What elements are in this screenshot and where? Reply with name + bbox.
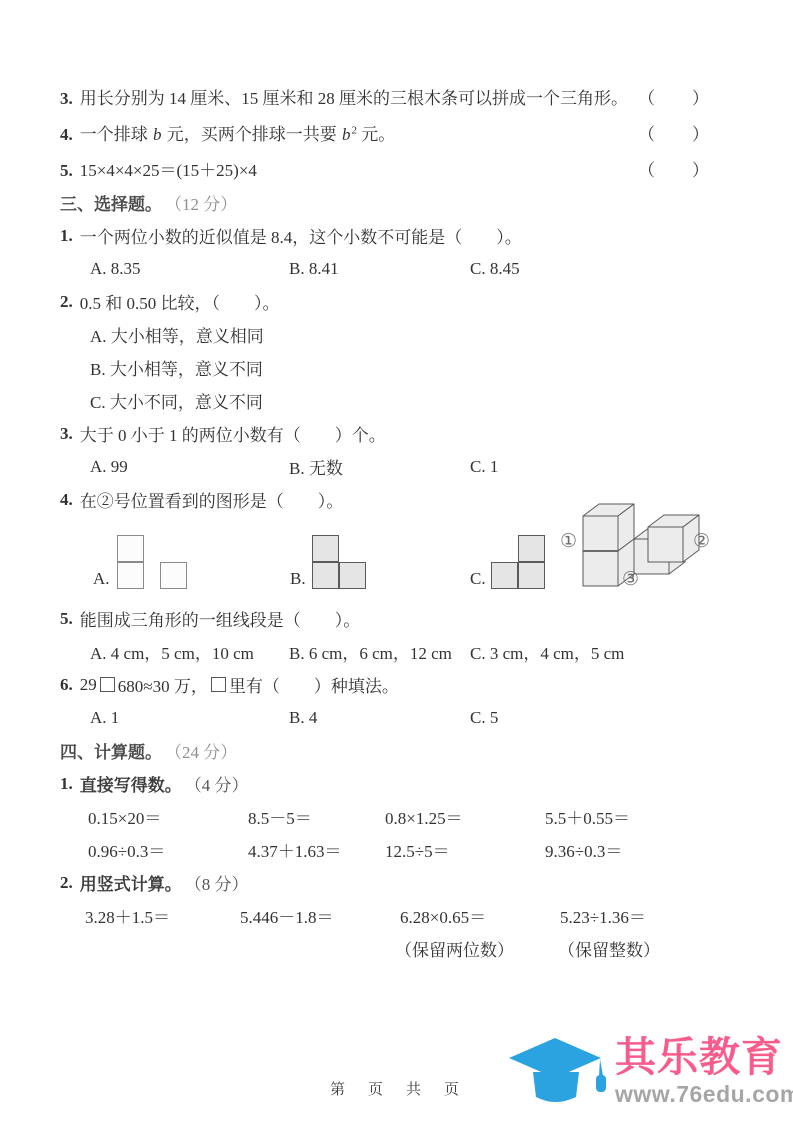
direct-calc-row-2: 0.96÷0.3＝ 4.37＋1.63＝ 12.5÷5＝ 9.36÷0.3＝ (60, 833, 710, 866)
option-b-square (312, 535, 339, 562)
math-variable: b (341, 125, 352, 144)
question-text: 0.5 和 0.50 比较，（ ）。 (80, 289, 280, 314)
choice-question-2-option-c: C. 大小不同，意义不同 (60, 384, 710, 417)
rounding-note: （保留两位数） (395, 936, 558, 961)
judge-question-4-text: 4.一个排球 b 元，买两个排球一共要 b2 元。 (60, 120, 395, 145)
math-variable: b (152, 125, 163, 144)
equation: 0.8×1.25＝ (385, 804, 545, 829)
question-number: 4. (60, 490, 73, 510)
option-b: B. 无数 (289, 454, 470, 479)
position-label-3: ③ (622, 568, 639, 590)
equation: 5.5＋0.55＝ (545, 804, 710, 829)
question-text: 大于 0 小于 1 的两位小数有（ ）个。 (80, 421, 386, 446)
option-a: A. 8.35 (90, 259, 289, 279)
equation: 6.28×0.65＝ (400, 903, 560, 928)
question-number: 4. (60, 125, 73, 144)
judge-question-3: 3.用长分别为 14 厘米、15 厘米和 28 厘米的三根木条可以拼成一个三角形… (60, 78, 710, 114)
question-number: 2. (60, 292, 73, 312)
choice-question-5: 5.能围成三角形的一组线段是（ ）。 (60, 602, 710, 635)
equation: 3.28＋1.5＝ (85, 903, 240, 928)
option-c: C. 1 (470, 457, 710, 477)
vertical-calc-row: 3.28＋1.5＝ 5.446－1.8＝ 6.28×0.65＝ 5.23÷1.3… (60, 899, 710, 932)
option-c: C. 3 cm，4 cm，5 cm (470, 639, 710, 664)
option-c-square (491, 562, 518, 589)
cube-front-face (583, 516, 618, 551)
option-a: A. 4 cm，5 cm，10 cm (90, 639, 289, 664)
option-b-square (312, 562, 339, 589)
equation: 4.37＋1.63＝ (248, 837, 385, 862)
judge-question-4: 4.一个排球 b 元，买两个排球一共要 b2 元。 （ ） (60, 114, 710, 150)
option-c-square (518, 535, 545, 562)
choice-question-3: 3.大于 0 小于 1 的两位小数有（ ）个。 (60, 417, 710, 450)
position-label-1: ① (560, 530, 577, 552)
choice-question-6: 6.29680≈30 万，里有（ ）种填法。 (60, 668, 710, 701)
option-b: B. 4 (289, 708, 470, 728)
section-score: （24 分） (165, 738, 237, 763)
graduation-cap-icon (503, 1030, 609, 1114)
option-a-square (117, 535, 144, 562)
blank-box (100, 677, 115, 692)
calc-sub2-title: 2.用竖式计算。（8 分） (60, 866, 710, 899)
section-title: 四、计算题。 (60, 738, 162, 763)
figure-label-c: C. (470, 569, 486, 589)
cube-front-face (648, 527, 683, 562)
option-b: B. 6 cm，6 cm，12 cm (289, 639, 470, 664)
equation: 0.96÷0.3＝ (88, 837, 248, 862)
question-number: 3. (60, 424, 73, 444)
question-number: 5. (60, 609, 73, 629)
choice-question-2-option-a: A. 大小相等，意义相同 (60, 318, 710, 351)
question-number: 1. (60, 226, 73, 246)
choice-question-1: 1.一个两位小数的近似值是 8.4，这个小数不可能是（ ）。 (60, 219, 710, 252)
equation: 0.15×20＝ (88, 804, 248, 829)
blank-box (211, 677, 226, 692)
choice-question-2: 2.0.5 和 0.50 比较，（ ）。 (60, 285, 710, 318)
question-text: 能围成三角形的一组线段是（ ）。 (80, 606, 361, 631)
answer-bracket: （ ） (638, 120, 710, 145)
answer-bracket: （ ） (638, 156, 710, 181)
section-title: 三、选择题。 (60, 190, 162, 215)
vertical-calc-notes: （保留两位数） （保留整数） (60, 932, 710, 965)
choice-question-5-options: A. 4 cm，5 cm，10 cm B. 6 cm，6 cm，12 cm C.… (60, 635, 710, 668)
equation: 5.446－1.8＝ (240, 903, 400, 928)
judge-question-3-text: 3.用长分别为 14 厘米、15 厘米和 28 厘米的三根木条可以拼成一个三角形… (60, 84, 628, 109)
calc-sub1-title: 1.直接写得数。（4 分） (60, 767, 710, 800)
choice-question-4-figures: A. B. C. (60, 516, 710, 602)
section-score: （12 分） (165, 190, 237, 215)
equation: 8.5－5＝ (248, 804, 385, 829)
choice-question-3-options: A. 99 B. 无数 C. 1 (60, 450, 710, 483)
equation: 12.5÷5＝ (385, 837, 545, 862)
cube-front-face (583, 551, 618, 586)
question-text: 在②号位置看到的图形是（ ）。 (80, 487, 344, 512)
option-a: A. 1 (90, 708, 289, 728)
worksheet-page: 3.用长分别为 14 厘米、15 厘米和 28 厘米的三根木条可以拼成一个三角形… (0, 0, 793, 1122)
worksheet-content: 3.用长分别为 14 厘米、15 厘米和 28 厘米的三根木条可以拼成一个三角形… (0, 0, 793, 965)
question-number: 3. (60, 89, 73, 108)
option-c: C. 8.45 (470, 259, 710, 279)
answer-bracket: （ ） (638, 84, 710, 109)
option-a-square (117, 562, 144, 589)
question-number: 5. (60, 161, 73, 180)
question-number: 1. (60, 774, 73, 794)
equation: 9.36÷0.3＝ (545, 837, 710, 862)
option-b-square (339, 562, 366, 589)
option-c: C. 5 (470, 708, 710, 728)
question-text: 一个两位小数的近似值是 8.4，这个小数不可能是（ ）。 (80, 223, 522, 248)
choice-question-2-option-b: B. 大小相等，意义不同 (60, 351, 710, 384)
direct-calc-row-1: 0.15×20＝ 8.5－5＝ 0.8×1.25＝ 5.5＋0.55＝ (60, 800, 710, 833)
rounding-note: （保留整数） (558, 936, 710, 961)
choice-section-header: 三、选择题。（12 分） (60, 186, 710, 219)
option-a: A. 99 (90, 457, 289, 477)
brand-url: www.76edu.com (615, 1081, 793, 1108)
brand-name: 其乐教育 (615, 1036, 793, 1079)
figure-label-b: B. (290, 569, 306, 589)
option-b: B. 8.41 (289, 259, 470, 279)
brand-logo: 其乐教育 www.76edu.com (503, 1030, 793, 1114)
option-a-square (160, 562, 187, 589)
choice-question-1-options: A. 8.35 B. 8.41 C. 8.45 (60, 252, 710, 285)
calc-section-header: 四、计算题。（24 分） (60, 734, 710, 767)
question-number: 6. (60, 675, 73, 695)
equation: 5.23÷1.36＝ (560, 903, 710, 928)
judge-question-5-text: 5.15×4×4×25＝(15＋25)×4 (60, 156, 257, 181)
brand-text: 其乐教育 www.76edu.com (615, 1036, 793, 1107)
position-label-2: ② (693, 530, 710, 552)
judge-question-5: 5.15×4×4×25＝(15＋25)×4 （ ） (60, 150, 710, 186)
choice-question-6-options: A. 1 B. 4 C. 5 (60, 701, 710, 734)
question-number: 2. (60, 873, 73, 893)
figure-label-a: A. (93, 569, 110, 589)
option-c-square (518, 562, 545, 589)
